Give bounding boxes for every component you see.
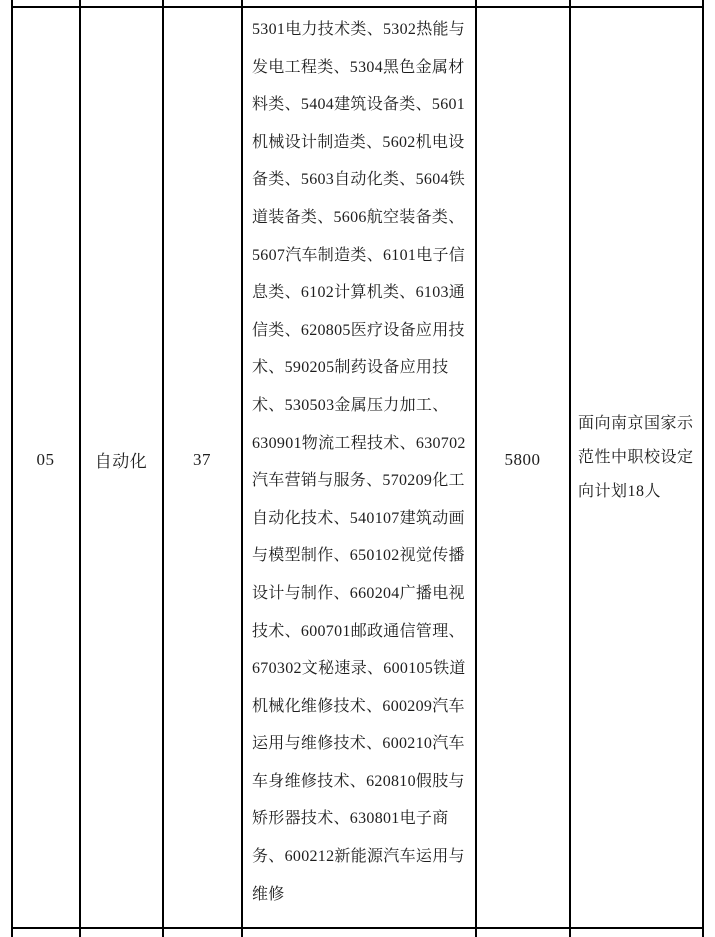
major-name-cell: 自动化: [81, 8, 161, 927]
table-vertical-border-6: [569, 0, 571, 937]
text-line: 5301电力技术类、5302热能与: [252, 11, 476, 49]
text-line: 机械化维修技术、600209汽车: [252, 688, 476, 726]
text-line: 面向南京国家示: [578, 407, 704, 441]
text-line: 范性中职校设定: [578, 441, 704, 475]
major-name-text: 自动化: [95, 447, 148, 472]
text-line: 机械设计制造类、5602机电设: [252, 124, 476, 162]
text-line: 息类、6102计算机类、6103通: [252, 274, 476, 312]
text-line: 630901物流工程技术、630702: [252, 425, 476, 463]
text-line: 设计与制作、660204广播电视: [252, 575, 476, 613]
plan-count-cell: 37: [164, 8, 240, 927]
text-line: 矫形器技术、630801电子商: [252, 800, 476, 838]
text-line: 5607汽车制造类、6101电子信: [252, 237, 476, 275]
tuition-fee-text: 5800: [505, 450, 541, 470]
text-line: 务、600212新能源汽车运用与: [252, 838, 476, 876]
text-line: 术、530503金属压力加工、: [252, 387, 476, 425]
text-line: 运用与维修技术、600210汽车: [252, 725, 476, 763]
text-line: 发电工程类、5304黑色金属材: [252, 49, 476, 87]
text-line: 自动化技术、540107建筑动画: [252, 500, 476, 538]
table-vertical-border-4: [241, 0, 243, 937]
text-line: 汽车营销与服务、570209化工: [252, 462, 476, 500]
text-line: 与模型制作、650102视觉传播: [252, 537, 476, 575]
remarks-cell: 面向南京国家示范性中职校设定向计划18人: [578, 407, 704, 509]
text-line: 料类、5404建筑设备类、5601: [252, 86, 476, 124]
major-code-cell: 05: [13, 8, 78, 927]
tuition-fee-cell: 5800: [477, 8, 568, 927]
text-line: 术、590205制药设备应用技: [252, 349, 476, 387]
text-line: 信类、620805医疗设备应用技: [252, 312, 476, 350]
text-line: 维修: [252, 876, 476, 914]
text-line: 技术、600701邮政通信管理、: [252, 613, 476, 651]
plan-count-text: 37: [193, 450, 211, 470]
major-code-text: 05: [37, 450, 55, 470]
accepted-categories-cell: 5301电力技术类、5302热能与发电工程类、5304黑色金属材料类、5404建…: [252, 11, 476, 913]
table-row-bottom-border: [11, 927, 704, 929]
text-line: 向计划18人: [578, 475, 704, 509]
text-line: 车身维修技术、620810假肢与: [252, 763, 476, 801]
text-line: 道装备类、5606航空装备类、: [252, 199, 476, 237]
text-line: 670302文秘速录、600105铁道: [252, 650, 476, 688]
document-page: 05 自动化 37 5301电力技术类、5302热能与发电工程类、5304黑色金…: [0, 0, 715, 937]
text-line: 备类、5603自动化类、5604铁: [252, 161, 476, 199]
